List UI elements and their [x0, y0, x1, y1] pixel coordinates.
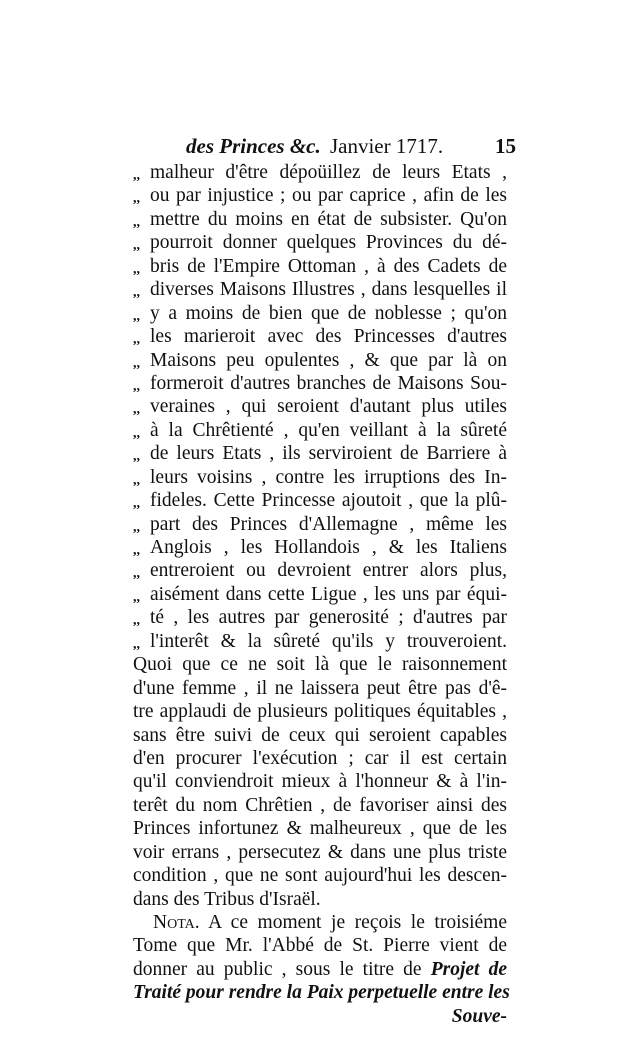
text-line: ,,pourroit donner quelques Provinces du …	[133, 231, 507, 254]
text-line: ,,leurs voisins , contre les irruptions …	[133, 466, 507, 489]
text-line: dans des Tribus d'Israël.	[133, 888, 507, 911]
text-line: ,,diverses Maisons Illustres , dans lesq…	[133, 278, 507, 301]
text-line: tre applaudi de plusieurs politiques équ…	[133, 700, 507, 723]
page-body: ,,malheur d'être dépoüillez de leurs Eta…	[133, 161, 507, 1028]
text-line: ,,fideles. Cette Princesse ajoutoit , qu…	[133, 489, 507, 512]
text-line: ,,té , les autres par generosité ; d'aut…	[133, 606, 507, 629]
page-header: des Princes &c. Janvier 1717. 15	[186, 133, 516, 159]
commentary-paragraph: Quoi que ce ne soit là que le raisonneme…	[133, 653, 507, 911]
book-title-italic: Projet de	[431, 959, 507, 980]
text-line: ,,Anglois , les Hollandois , & les Itali…	[133, 536, 507, 559]
text-line: voir errans , persecutez & dans une plus…	[133, 841, 507, 864]
text-line: ,,bris de l'Empire Ottoman , à des Cadet…	[133, 255, 507, 278]
text-line: ,,aisément dans cette Ligue , les uns pa…	[133, 583, 507, 606]
text-line: Nota. A ce moment je reçois le troisiéme	[133, 911, 507, 934]
text-line: ,,les marieroit avec des Princesses d'au…	[133, 325, 507, 348]
text-line: donner au public , sous le titre de Proj…	[133, 958, 507, 981]
nota-paragraph: Nota. A ce moment je reçois le troisiéme…	[133, 911, 507, 1028]
page-number: 15	[495, 133, 516, 159]
text-line: d'en procurer l'exécution ; car il est c…	[133, 747, 507, 770]
text-line: d'une femme , il ne laissera peut être p…	[133, 677, 507, 700]
text-line: Tome que Mr. l'Abbé de St. Pierre vient …	[133, 934, 507, 957]
text-line: ,,mettre du moins en état de subsister. …	[133, 208, 507, 231]
text-line: ,,part des Princes d'Allemagne , même le…	[133, 513, 507, 536]
text-line: Traité pour rendre la Paix perpetuelle e…	[133, 981, 507, 1004]
text-line: ,,y a moins de bien que de noblesse ; qu…	[133, 302, 507, 325]
catchword: Souve-	[133, 1005, 507, 1028]
text-line: condition , que ne sont aujourd'hui les …	[133, 864, 507, 887]
text-line: terêt du nom Chrêtien , de favoriser ain…	[133, 794, 507, 817]
text-line: Quoi que ce ne soit là que le raisonneme…	[133, 653, 507, 676]
nota-label: Nota.	[153, 912, 200, 933]
text-line: ,,ou par injustice ; ou par caprice , af…	[133, 184, 507, 207]
text-line: ,,formeroit d'autres branches de Maisons…	[133, 372, 507, 395]
book-page: des Princes &c. Janvier 1717. 15 ,,malhe…	[0, 0, 640, 1043]
text-line: ,,malheur d'être dépoüillez de leurs Eta…	[133, 161, 507, 184]
text-line: ,,veraines , qui seroient d'autant plus …	[133, 395, 507, 418]
header-date: Janvier 1717.	[330, 134, 443, 158]
book-title-italic: Traité pour rendre la Paix perpetuelle e…	[133, 982, 510, 1003]
text-line: sans être suivi de ceux qui seroient cap…	[133, 724, 507, 747]
text-line: Princes infortunez & malheureux , que de…	[133, 817, 507, 840]
text-line: ,,Maisons peu opulentes , & que par là o…	[133, 349, 507, 372]
text-line: ,,entreroient ou devroient entrer alors …	[133, 559, 507, 582]
quoted-passage: ,,malheur d'être dépoüillez de leurs Eta…	[133, 161, 507, 653]
text-line: ,,à la Chrêtienté , qu'en veillant à la …	[133, 419, 507, 442]
running-title: des Princes &c.	[186, 134, 321, 158]
text-line: qu'il conviendroit mieux à l'honneur & à…	[133, 770, 507, 793]
text-line: ,,de leurs Etats , ils serviroient de Ba…	[133, 442, 507, 465]
text-line: ,,l'interêt & la sûreté qu'ils y trouver…	[133, 630, 507, 653]
